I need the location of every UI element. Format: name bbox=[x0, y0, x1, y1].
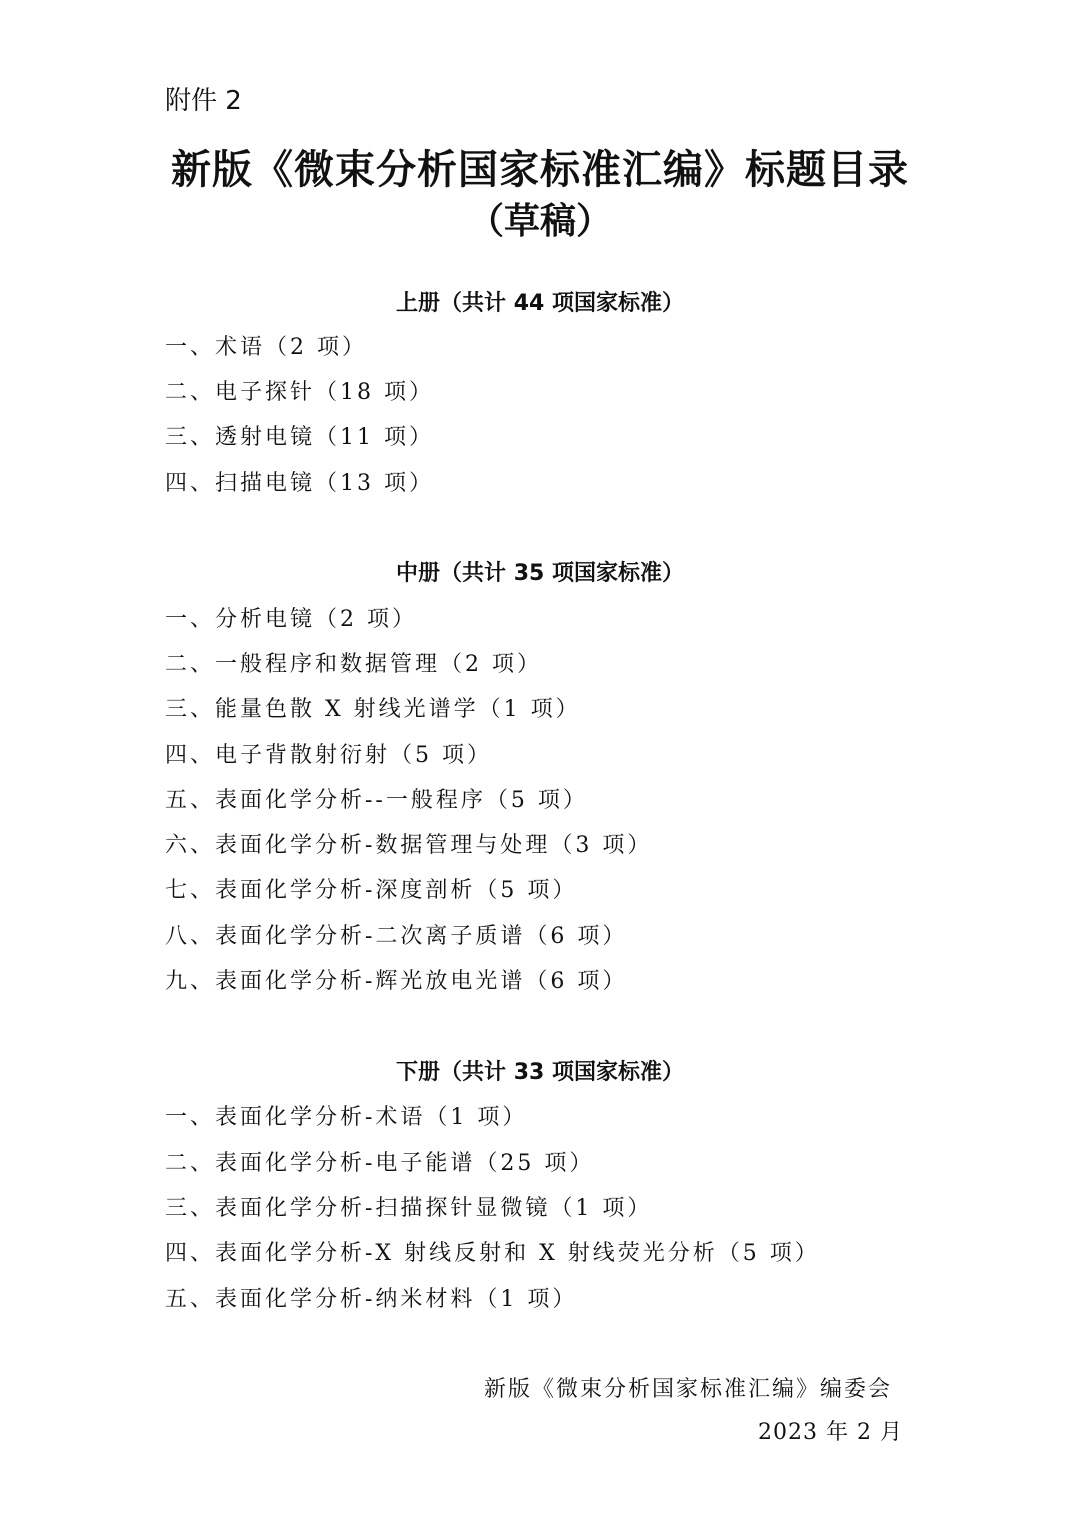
list-item: 四、电子背散射衍射（5 项） bbox=[165, 738, 492, 769]
list-item: 五、表面化学分析--一般程序（5 项） bbox=[165, 783, 588, 814]
list-item: 三、透射电镜（11 项） bbox=[165, 420, 434, 451]
attachment-label: 附件 2 bbox=[165, 80, 242, 117]
footer-organization: 新版《微束分析国家标准汇编》编委会 bbox=[484, 1372, 892, 1403]
list-item: 三、能量色散 X 射线光谱学（1 项） bbox=[165, 692, 581, 723]
list-item: 一、术语（2 项） bbox=[165, 330, 367, 361]
list-item: 一、分析电镜（2 项） bbox=[165, 602, 417, 633]
volume-heading-middle: 中册（共计 35 项国家标准） bbox=[0, 556, 1080, 587]
list-item: 九、表面化学分析-辉光放电光谱（6 项） bbox=[165, 964, 627, 995]
list-item: 四、表面化学分析-X 射线反射和 X 射线荧光分析（5 项） bbox=[165, 1236, 820, 1267]
document-subtitle: （草稿） bbox=[0, 193, 1080, 244]
volume-heading-lower: 下册（共计 33 项国家标准） bbox=[0, 1055, 1080, 1086]
list-item: 五、表面化学分析-纳米材料（1 项） bbox=[165, 1282, 577, 1313]
footer-date: 2023 年 2 月 bbox=[758, 1415, 903, 1446]
list-item: 四、扫描电镜（13 项） bbox=[165, 466, 434, 497]
list-item: 二、表面化学分析-电子能谱（25 项） bbox=[165, 1146, 594, 1177]
list-item: 二、一般程序和数据管理（2 项） bbox=[165, 647, 542, 678]
list-item: 一、表面化学分析-术语（1 项） bbox=[165, 1100, 527, 1131]
list-item: 六、表面化学分析-数据管理与处理（3 项） bbox=[165, 828, 652, 859]
list-item: 八、表面化学分析-二次离子质谱（6 项） bbox=[165, 919, 627, 950]
list-item: 七、表面化学分析-深度剖析（5 项） bbox=[165, 873, 577, 904]
list-item: 三、表面化学分析-扫描探针显微镜（1 项） bbox=[165, 1191, 652, 1222]
list-item: 二、电子探针（18 项） bbox=[165, 375, 434, 406]
volume-heading-upper: 上册（共计 44 项国家标准） bbox=[0, 286, 1080, 317]
document-page: 附件 2 新版《微束分析国家标准汇编》标题目录 （草稿） 上册（共计 44 项国… bbox=[0, 0, 1080, 1527]
document-title: 新版《微束分析国家标准汇编》标题目录 bbox=[0, 138, 1080, 195]
